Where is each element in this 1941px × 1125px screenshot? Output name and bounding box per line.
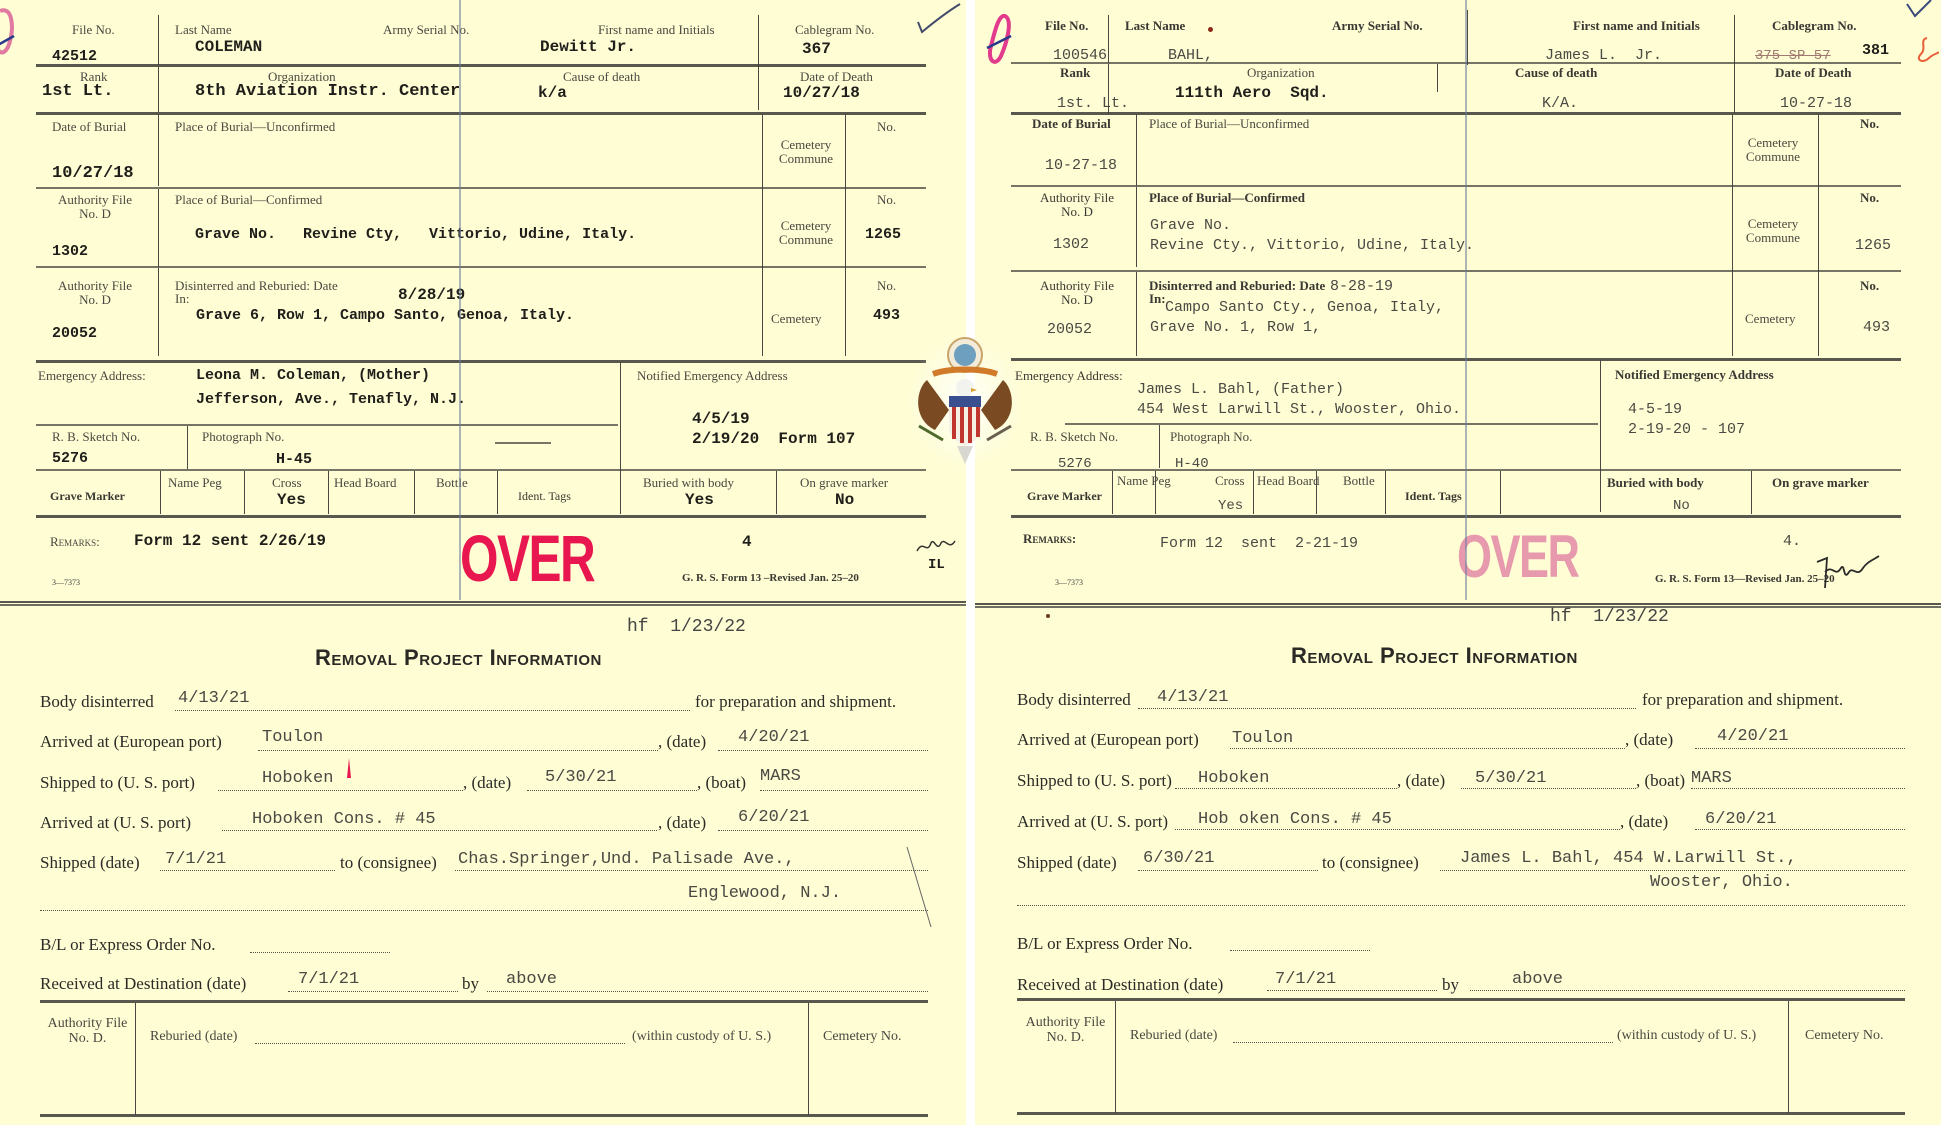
value-reburied-in-line2: Grave No. 1, Row 1, [1150,319,1321,336]
value-us-port: Hoboken [262,769,333,788]
value-emergency-line2: Jefferson, Ave., Tenafly, N.J. [196,391,466,408]
label-cross: Cross [272,476,302,490]
dotted-line [1440,870,1905,871]
label-no: No. [1860,117,1879,131]
divider [1253,471,1254,514]
annotation-hf: hf 1/23/22 [1550,607,1669,627]
value-received-date: 7/1/21 [298,970,359,989]
label-consignee: to (consignee) [340,853,437,873]
label-grave-marker: Grave Marker [1027,490,1102,503]
label-shipped-to: Shipped to (U. S. port) [40,773,195,793]
removal-title: Removal Project Information [315,645,602,671]
label-received: Received at Destination (date) [1017,975,1223,995]
divider [808,1003,809,1115]
pink-zero-mark-icon [985,12,1013,67]
value-body-disinterred: 4/13/21 [178,689,249,708]
fold-line [1465,0,1467,600]
dotted-line [487,991,928,992]
divider [620,362,621,514]
divider [1385,471,1386,514]
label-arrived-us-date: , (date) [658,813,706,833]
form-footer: G. R. S. Form 13 –Revised Jan. 25–20 [682,573,859,585]
value-arrived-us-date: 6/20/21 [738,808,809,827]
label-ship-date: , (date) [463,773,511,793]
checkmark-icon [1905,0,1935,20]
pink-zero-mark-icon [0,6,18,61]
label-bottle: Bottle [436,476,468,490]
card-separator [0,601,966,606]
divider [1732,114,1733,356]
divider [1600,360,1601,512]
value-place-confirmed-line2: Revine Cty., Vittorio, Udine, Italy. [1150,237,1474,254]
rule [1011,270,1901,272]
rule [36,515,926,518]
label-buried-with-body: Buried with body [643,476,734,490]
value-remarks: Form 12 sent 2/26/19 [134,532,326,550]
label-arrived-us-date: , (date) [1620,812,1668,832]
rule [36,64,926,67]
dotted-line [1230,748,1625,749]
divider [776,471,777,514]
label-cause-of-death: Cause of death [563,70,640,84]
signature-icon [915,535,960,557]
rule [1011,358,1901,361]
label-last-name: Last Name [175,23,232,37]
signature-icon [1813,548,1883,598]
label-shipped-to: Shipped to (U. S. port) [1017,771,1172,791]
label-cemetery: Cemetery [771,312,822,326]
dotted-line [1175,829,1620,830]
divider [1108,15,1109,63]
dotted-line [288,991,458,992]
dotted-line [718,830,928,831]
label-euro-date: , (date) [658,732,706,752]
label-ident-tags: Ident. Tags [1405,490,1462,503]
value-euro-date: 4/20/21 [1717,727,1788,746]
value-organization: 8th Aviation Instr. Center [195,82,460,101]
label-authority-file-1: Authority File No. D [1037,191,1117,218]
value-organization: 111th Aero Sqd. [1175,84,1329,102]
value-reburied-in-line1: Campo Santo Cty., Genoa, Italy, [1165,299,1444,316]
value-remarks-number: 4. [1783,533,1801,550]
label-place-unconfirmed: Place of Burial—Unconfirmed [1149,117,1309,131]
label-arrived-euro: Arrived at (European port) [1017,730,1199,750]
divider [762,114,763,356]
label-emergency-address: Emergency Address: [1015,369,1123,383]
label-no-2: No. [877,193,896,207]
dotted-line [718,750,928,751]
label-ident-tags: Ident. Tags [518,490,571,503]
value-cross: Yes [277,491,306,509]
divider [1467,10,1468,65]
value-authority-file-2: 20052 [1047,321,1092,338]
rule [1011,469,1901,471]
divider [135,1003,136,1115]
great-seal-eagle-icon [905,330,1025,470]
divider [1788,1001,1789,1113]
value-boat: MARS [760,767,801,786]
divider [1115,1001,1116,1113]
value-euro-port: Toulon [1232,729,1293,748]
value-cablegram-no: 367 [802,40,831,58]
value-notified-line2: 2/19/20 Form 107 [692,430,855,448]
dotted-line [1470,990,1905,991]
rule [1017,998,1905,1001]
divider [1734,15,1735,113]
label-for-prep: for preparation and shipment. [695,692,896,712]
value-last-name: COLEMAN [195,38,262,56]
label-cemetery-commune-2: Cemetery Commune [1737,217,1809,244]
label-consignee: to (consignee) [1322,853,1419,873]
value-date-of-death: 10-27-18 [1780,95,1852,112]
divider [158,15,159,65]
label-authority-file-1: Authority File No. D [55,193,135,220]
label-buried-with-body: Buried with body [1607,476,1704,490]
dotted-line [175,710,690,711]
label-boat: , (boat) [697,773,746,793]
annotation-hf: hf 1/23/22 [627,617,746,637]
dotted-line [1233,1042,1613,1043]
value-cablegram-no: 381 [1862,42,1889,59]
label-cross: Cross [1215,474,1245,488]
dash-mark [495,442,551,444]
label-arrived-euro: Arrived at (European port) [40,732,222,752]
value-arrived-us-date: 6/20/21 [1705,810,1776,829]
value-consignee-line1: James L. Bahl, 454 W.Larwill St., [1460,849,1797,868]
divider [1316,471,1317,514]
value-notified-line1: 4-5-19 [1628,401,1682,418]
value-authority-file-1: 1302 [1053,236,1089,253]
rule [1017,1112,1905,1115]
label-by: by [1442,975,1459,995]
label-cemetery-commune-2: Cemetery Commune [770,219,842,246]
dotted-line [160,870,335,871]
burial-card-coleman: File No. 42512 Last Name COLEMAN Army Se… [0,0,966,1125]
dotted-line [250,952,390,953]
value-cross: Yes [1218,498,1243,514]
label-cemetery: Cemetery [1745,312,1796,326]
label-ship-date: , (date) [1397,771,1445,791]
value-euro-port: Toulon [262,728,323,747]
dotted-line [1138,708,1636,709]
print-code: 3—7373 [1055,578,1083,587]
divider [158,66,159,112]
dotted-line [1691,788,1905,789]
rule [1011,515,1901,518]
label-shipped-date: Shipped (date) [40,853,140,873]
value-rank: 1st Lt. [42,82,113,101]
dotted-line [218,790,463,791]
divider [158,189,159,267]
label-head-board: Head Board [334,476,396,490]
divider [244,471,245,514]
value-shipped-date: 6/30/21 [1143,849,1214,868]
value-date-of-death: 10/27/18 [783,84,860,102]
value-received-by: above [1512,970,1563,989]
value-consignee-line2: Wooster, Ohio. [1650,873,1793,892]
rule [36,266,926,268]
label-in: In: [175,292,189,306]
rule [36,187,926,189]
dotted-line [1230,950,1370,951]
over-stamp: OVER [1457,522,1579,591]
rule [1011,62,1901,64]
label-on-grave-marker: On grave marker [800,476,888,490]
label-body-disinterred: Body disinterred [1017,690,1131,710]
label-grave-marker: Grave Marker [50,490,125,503]
label-place-confirmed: Place of Burial—Confirmed [1149,191,1305,205]
label-place-unconfirmed: Place of Burial—Unconfirmed [175,120,335,134]
divider [158,268,159,356]
value-boat: MARS [1691,769,1732,788]
value-place-confirmed-line1: Grave No. [1150,217,1231,234]
label-name-peg: Name Peg [1117,474,1171,488]
label-organization: Organization [1247,66,1315,80]
label-bl-order: B/L or Express Order No. [40,935,215,955]
label-bl-order: B/L or Express Order No. [1017,934,1192,954]
value-buried-with-body: No [1673,498,1690,514]
label-authority-file-d: Authority File No. D. [45,1017,130,1046]
red-scribble-icon [1913,36,1939,66]
label-army-serial-no: Army Serial No. [383,23,469,37]
removal-title: Removal Project Information [1291,643,1578,669]
label-by: by [462,974,479,994]
divider [1136,272,1137,356]
dotted-line [255,1043,625,1044]
label-disinterred: Disinterred and Reburied: Date [175,279,338,293]
label-first-name: First name and Initials [598,23,715,37]
checkmark-icon [912,2,962,38]
value-consignee-line1: Chas.Springer,Und. Palisade Ave., [458,850,795,869]
label-authority-file-d: Authority File No. D. [1023,1016,1108,1045]
label-no-2: No. [1860,191,1879,205]
value-remarks: Form 12 sent 2-21-19 [1160,535,1358,552]
value-photograph: H-45 [276,451,312,468]
label-no: No. [877,120,896,134]
label-cemetery-commune: Cemetery Commune [770,138,842,165]
value-emergency-line2: 454 West Larwill St., Wooster, Ohio. [1137,401,1461,418]
label-notified-emergency: Notified Emergency Address [637,369,788,383]
divider [187,426,188,469]
rule [40,1000,928,1003]
value-consignee-line2: Englewood, N.J. [688,884,841,903]
red-dot [1208,27,1213,32]
divider [1136,114,1137,186]
label-bottle: Bottle [1343,474,1375,488]
label-no-3: No. [877,279,896,293]
value-place-confirmed: Grave No. Revine Cty, Vittorio, Udine, I… [195,226,636,243]
divider [1108,64,1109,114]
rule [36,112,926,115]
dotted-line [760,790,928,791]
label-rb-sketch: R. B. Sketch No. [1030,430,1118,444]
label-cemetery-no: Cemetery No. [1805,1029,1884,1044]
value-us-ship-date: 5/30/21 [545,768,616,787]
label-on-grave-marker: On grave marker [1772,476,1869,490]
label-emergency-address: Emergency Address: [38,369,146,383]
value-euro-date: 4/20/21 [738,728,809,747]
value-emergency-line1: Leona M. Coleman, (Mother) [196,367,430,384]
value-cause-of-death: K/A. [1542,95,1578,112]
label-rb-sketch: R. B. Sketch No. [52,430,140,444]
label-body-disinterred: Body disinterred [40,692,154,712]
value-confirmed-no: 1265 [865,226,901,243]
label-date-of-death: Date of Death [800,70,873,84]
print-code: 3—7373 [52,578,80,587]
label-reburied: Reburied (date) [150,1030,237,1045]
value-reburied-no: 493 [873,307,900,324]
label-cemetery-commune: Cemetery Commune [1737,136,1809,163]
label-arrived-us: Arrived at (U. S. port) [40,813,191,833]
value-us-port: Hoboken [1198,769,1269,788]
value-body-disinterred: 4/13/21 [1157,688,1228,707]
label-file-no: File No. [1045,19,1088,33]
value-date-of-burial: 10-27-18 [1045,157,1117,174]
dotted-line [1461,788,1636,789]
value-disinterred-date: 8-28-19 [1330,278,1393,295]
label-remarks: Remarks: [1023,532,1076,546]
value-authority-file-2: 20052 [52,325,97,342]
value-initials: IL [928,557,945,573]
dotted-line [258,750,658,751]
value-buried-with-body: Yes [685,491,714,509]
divider [160,471,161,514]
divider [328,471,329,514]
label-army-serial-no: Army Serial No. [1332,19,1423,33]
label-cemetery-no: Cemetery No. [823,1030,902,1045]
rule [36,424,618,426]
dotted-line [527,790,697,791]
value-on-grave-marker: No [835,491,854,509]
label-no-3: No. [1860,279,1879,293]
burial-card-bahl: File No. 100546 Last Name BAHL, Army Ser… [975,0,1941,1125]
value-first-name: Dewitt Jr. [540,38,636,56]
label-cablegram-no: Cablegram No. [795,23,874,37]
value-notified-line1: 4/5/19 [692,410,750,428]
label-file-no: File No. [72,23,115,37]
label-date-of-death: Date of Death [1775,66,1852,80]
label-received: Received at Destination (date) [40,974,246,994]
divider [1818,114,1819,356]
card-separator [975,603,1941,608]
label-date-of-burial: Date of Burial [1032,117,1111,131]
label-authority-file-2: Authority File No. D [55,279,135,306]
fold-line [459,0,461,600]
rule [40,1114,928,1117]
label-custody: (within custody of U. S.) [632,1030,771,1045]
value-rb-sketch: 5276 [52,450,88,467]
rule [1065,423,1598,425]
label-boat: , (boat) [1636,771,1685,791]
divider [758,15,759,110]
divider [1159,425,1160,468]
value-reburied-no: 493 [1863,319,1890,336]
rule [36,469,926,471]
dotted-line [222,830,657,831]
divider [845,114,846,356]
red-ink-mark-icon [345,758,353,780]
label-custody: (within custody of U. S.) [1617,1029,1756,1044]
value-file-no: 42512 [52,48,97,65]
label-euro-date: , (date) [1625,730,1673,750]
label-head-board: Head Board [1257,474,1319,488]
label-place-confirmed: Place of Burial—Confirmed [175,193,322,207]
label-photograph: Photograph No. [202,430,284,444]
value-remarks-number: 4 [742,533,752,551]
value-emergency-line1: James L. Bahl, (Father) [1137,381,1344,398]
label-remarks: Remarks: [50,535,100,549]
value-disinterred-date: 8/28/19 [398,286,465,304]
label-rank: Rank [1060,66,1090,80]
over-stamp: OVER [460,520,594,596]
dotted-line [1695,748,1905,749]
value-received-date: 7/1/21 [1275,970,1336,989]
label-name-peg: Name Peg [168,476,222,490]
label-cablegram-no: Cablegram No. [1772,19,1857,33]
label-photograph: Photograph No. [1170,430,1252,444]
divider [1136,187,1137,267]
value-arrived-us-port: Hoboken Cons. # 45 [252,810,436,829]
label-authority-file-2: Authority File No. D [1037,279,1117,306]
value-confirmed-no: 1265 [1855,237,1891,254]
value-rank: 1st. Lt. [1057,95,1129,112]
label-last-name: Last Name [1125,19,1185,33]
dotted-line [1017,905,1905,906]
label-disinterred: Disinterred and Reburied: Date [1149,279,1325,293]
dotted-line [1175,788,1397,789]
rule [1011,112,1901,115]
value-shipped-date: 7/1/21 [165,850,226,869]
rule [1011,185,1901,187]
dotted-line [1695,829,1905,830]
label-arrived-us: Arrived at (U. S. port) [1017,812,1168,832]
label-in: In: [1149,292,1166,306]
divider [1437,64,1438,92]
value-reburied-in: Grave 6, Row 1, Campo Santo, Genoa, Ital… [196,307,574,324]
value-authority-file-1: 1302 [52,243,88,260]
divider [1751,471,1752,514]
value-notified-line2: 2-19-20 - 107 [1628,421,1745,438]
label-shipped-date: Shipped (date) [1017,853,1117,873]
dotted-line [1267,990,1437,991]
label-reburied: Reburied (date) [1130,1029,1217,1044]
label-cause-of-death: Cause of death [1515,66,1597,80]
divider [1155,471,1156,514]
divider [1112,471,1113,514]
divider [414,471,415,514]
label-date-of-burial: Date of Burial [52,120,126,134]
pencil-stroke-icon [905,845,935,930]
dotted-line [1138,870,1318,871]
label-for-prep: for preparation and shipment. [1642,690,1843,710]
dotted-line [40,910,928,911]
divider [1500,471,1501,514]
value-date-of-burial: 10/27/18 [52,164,134,183]
divider [158,114,159,186]
label-notified-emergency: Notified Emergency Address [1615,368,1774,382]
rule [36,360,926,363]
value-cause-of-death: k/a [538,84,567,102]
label-first-name: First name and Initials [1573,19,1700,33]
value-received-by: above [506,970,557,989]
value-us-ship-date: 5/30/21 [1475,769,1546,788]
dotted-line [455,870,928,871]
divider [497,471,498,514]
ink-dot [1046,614,1050,618]
value-arrived-us-port: Hob oken Cons. # 45 [1198,810,1392,829]
form-footer: G. R. S. Form 13—Revised Jan. 25–20 [1655,574,1835,586]
